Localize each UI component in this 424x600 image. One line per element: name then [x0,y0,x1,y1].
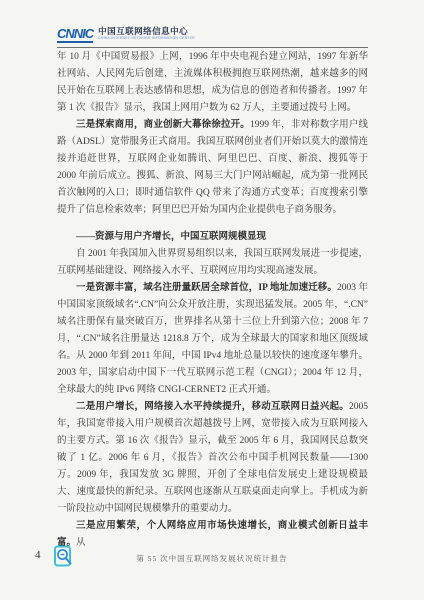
paragraph-lead: 一是资源丰富，域名注册量跃居全球首位，IP 地址加速迁移。 [76,283,337,293]
document-body: 年 10 月《中国贸易报》上网，1996 年中央电视台建立网站，1997 年新华… [57,49,368,552]
page-header: CNNIC 中国互联网络信息中心 CHINA INTERNET NETWORK … [57,27,368,48]
cnnic-wordmark: CNNIC [57,27,93,43]
body-paragraph: 三是探索商用，商业创新大幕徐徐拉开。1999 年，非对称数字用户线路（ADSL）… [57,117,368,219]
footer-report-title: 第 55 次中国互联网络发展状况统计报告 [0,553,424,564]
report-page: CNNIC 中国互联网络信息中心 CHINA INTERNET NETWORK … [0,0,424,600]
page-footer: 4 第 55 次中国互联网络发展状况统计报告 [0,543,424,583]
org-name-block: 中国互联网络信息中心 CHINA INTERNET NETWORK INFORM… [98,27,195,40]
org-tagline: CHINA INTERNET NETWORK INFORMATION CENTE… [98,36,195,40]
paragraph-text: 年 10 月《中国贸易报》上网，1996 年中央电视台建立网站，1997 年新华… [57,52,368,113]
body-paragraph-continuation: 年 10 月《中国贸易报》上网，1996 年中央电视台建立网站，1997 年新华… [57,49,368,117]
body-paragraph: 一是资源丰富，域名注册量跃居全球首位，IP 地址加速迁移。2003 年中国国家顶… [57,280,368,399]
paragraph-text: 1999 年，非对称数字用户线路（ADSL）宽带服务正式商用。我国互联网创业者们… [57,120,368,215]
paragraph-text: 2005 年，我国宽带接入用户规模首次超越拨号上网，宽带接入成为互联网接入的主要… [57,402,368,514]
section-heading: ——资源与用户齐增长，中国互联网规模显现 [57,229,368,246]
paragraph-lead: 二是用户增长，网络接入水平持续提升，移动互联网日益兴起。 [76,402,349,412]
paragraph-lead: 三是探索商用，商业创新大幕徐徐拉开。 [76,120,250,130]
org-name: 中国互联网络信息中心 [98,27,195,36]
body-paragraph: 自 2001 年我国加入世界贸易组织以来，我国互联网发展进一步提速，互联网基础建… [57,246,368,280]
cnnic-logo: CNNIC 中国互联网络信息中心 CHINA INTERNET NETWORK … [57,27,368,43]
paragraph-text: 2003 年中国国家顶级域名“.CN”向公众开放注册，实现迅猛发展。2005 年… [57,283,368,395]
paragraph-text: 自 2001 年我国加入世界贸易组织以来，我国互联网发展进一步提速，互联网基础建… [57,249,368,276]
body-paragraph: 二是用户增长，网络接入水平持续提升，移动互联网日益兴起。2005 年，我国宽带接… [57,399,368,518]
